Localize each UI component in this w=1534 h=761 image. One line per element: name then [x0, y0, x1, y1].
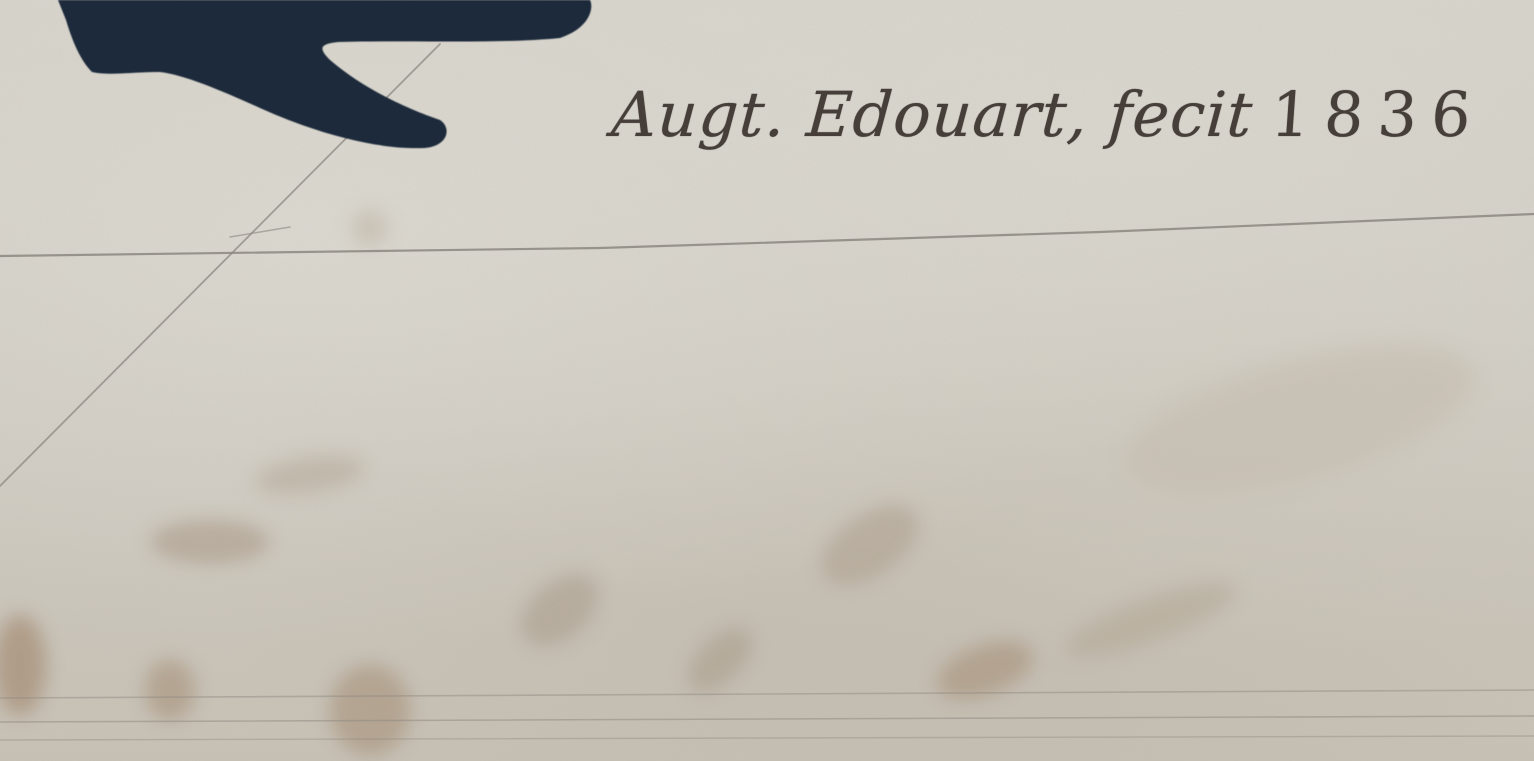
artist-signature: Augt. Edouart, fecit1836: [609, 78, 1487, 151]
silhouette-artwork: Augt. Edouart, fecit1836: [0, 0, 1534, 761]
signature-text: Augt. Edouart, fecit: [609, 78, 1255, 151]
signature-year: 1836: [1268, 78, 1487, 151]
